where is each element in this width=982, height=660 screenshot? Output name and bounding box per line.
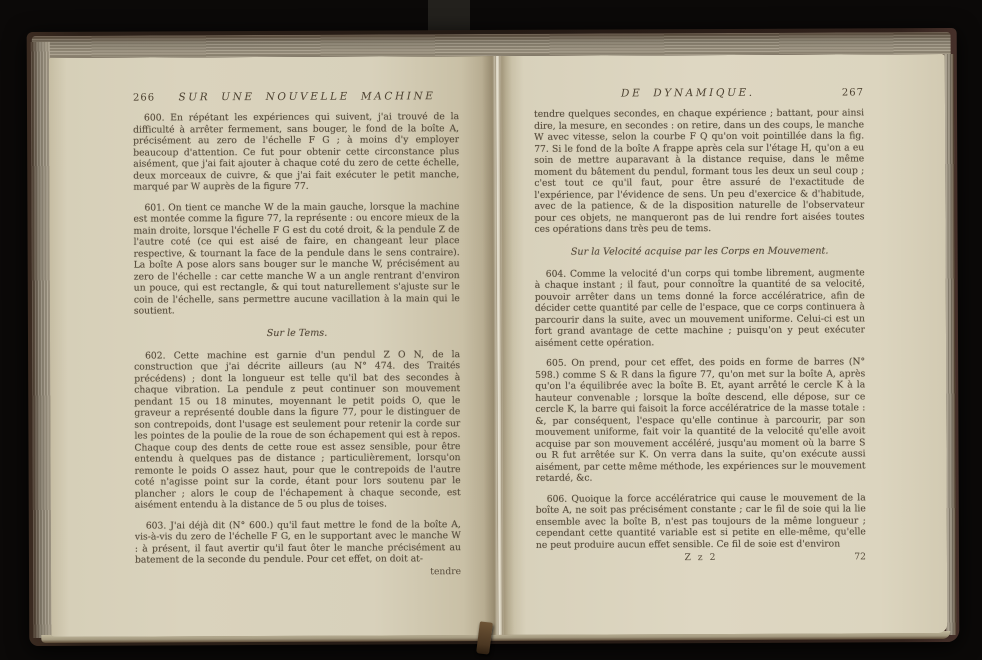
section-heading-velocite: Sur la Velocité acquise par les Corps en… (535, 245, 865, 257)
paragraph-606: 606. Quoique la force accélératrice qui … (536, 492, 866, 551)
left-catchword: tendre (135, 566, 461, 578)
paragraph-605: 605. On prend, pour cet effet, des poids… (535, 356, 866, 484)
right-page-number: 267 (842, 87, 864, 98)
paragraph-600: 600. En répétant les expériences qui sui… (133, 111, 459, 193)
paragraph-603: 603. J'ai déjà dit (N° 600.) qu'il faut … (135, 519, 461, 566)
right-page: DE DYNAMIQUE. 267 tendre quelques second… (497, 54, 948, 635)
right-running-title: DE DYNAMIQUE. (534, 86, 842, 99)
section-heading-tems: Sur le Tems. (134, 327, 460, 339)
left-running-title: SUR UNE NOUVELLE MACHINE (155, 90, 459, 103)
left-page: 266 SUR UNE NOUVELLE MACHINE 600. En rép… (49, 56, 500, 637)
open-book: 266 SUR UNE NOUVELLE MACHINE 600. En rép… (27, 28, 960, 646)
paragraph-603-continuation: tendre quelques secondes, en chaque expé… (534, 107, 865, 235)
paragraph-601: 601. On tient ce manche W de la main gau… (133, 201, 459, 317)
right-catchword: 72 (854, 551, 866, 562)
left-page-number: 266 (133, 92, 155, 103)
signature-line: Z z 2 72 (536, 551, 866, 563)
paragraph-602: 602. Cette machine est garnie d'un pendu… (134, 349, 461, 511)
left-running-head: 266 SUR UNE NOUVELLE MACHINE (133, 90, 459, 103)
bookmark-ribbon (476, 621, 493, 654)
gathering-signature: Z z 2 (684, 552, 717, 563)
page-spread: 266 SUR UNE NOUVELLE MACHINE 600. En rép… (49, 54, 948, 637)
right-running-head: DE DYNAMIQUE. 267 (534, 86, 864, 99)
paragraph-604: 604. Comme la velocité d'un corps qui to… (535, 267, 865, 349)
